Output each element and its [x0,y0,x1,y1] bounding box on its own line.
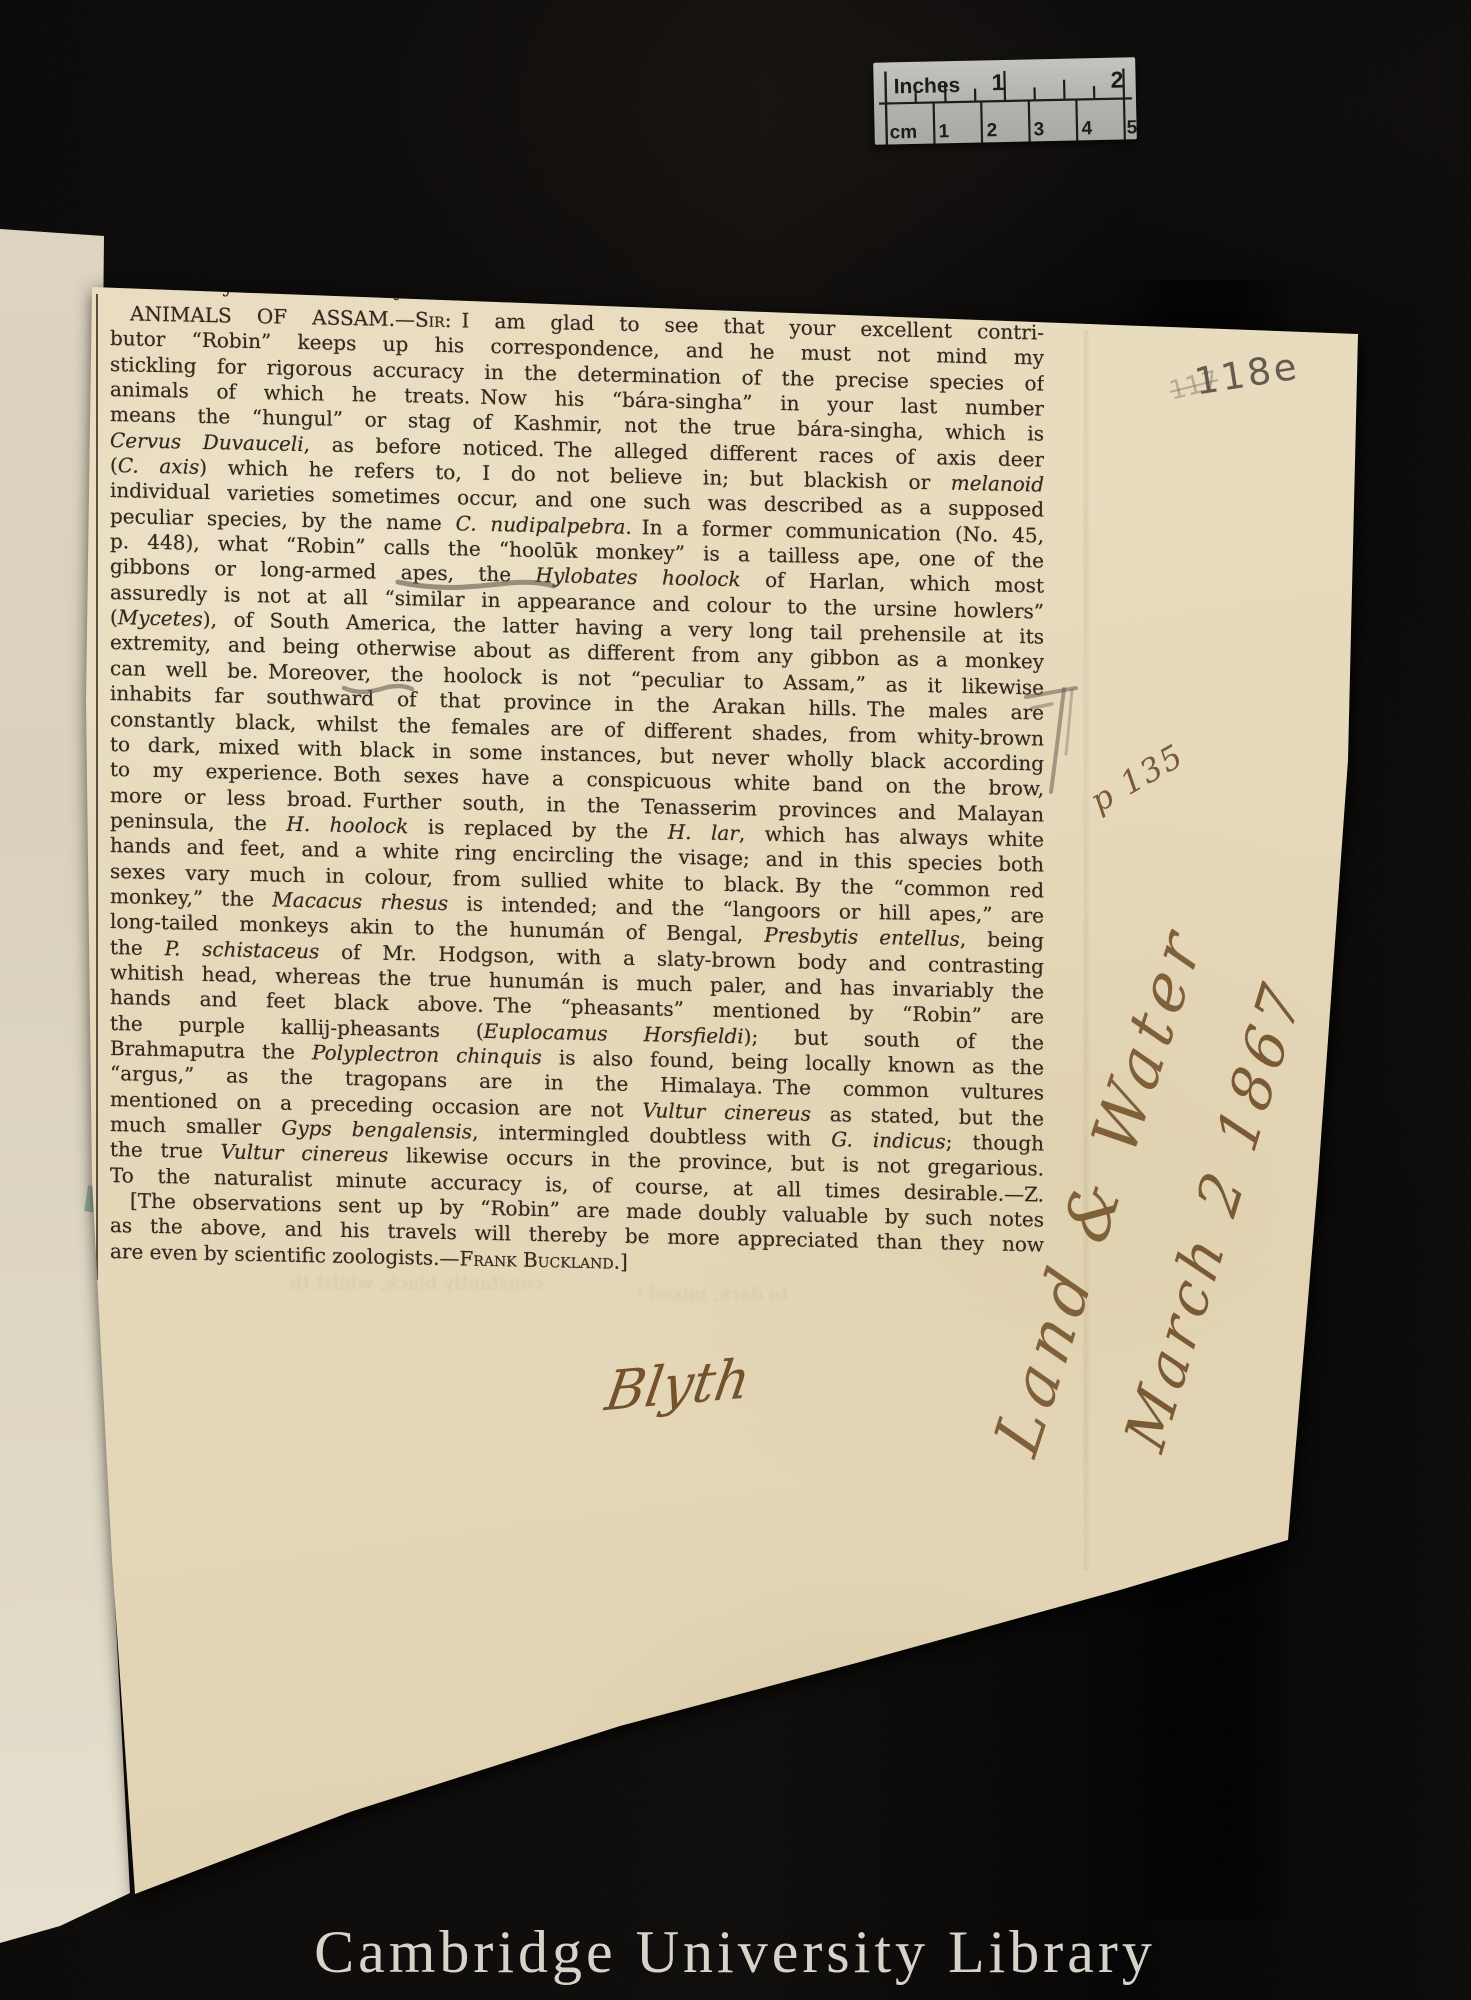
column-rule [96,294,98,1280]
clipping-wrapper: y alters the cry come with ANIMALS OF AS… [0,0,1471,2000]
catalog-number-annotation: 118e [1192,345,1303,404]
ruler-inch-number: 1 [991,69,1005,95]
newspaper-clipping: y alters the cry come with ANIMALS OF AS… [0,0,1471,2000]
ruler-cm-number: 3 [1033,119,1044,140]
ruler-cm-number: 5 [1126,117,1136,138]
show-through-text: to dark, mixed with black in some instan… [638,1283,788,1305]
photo-scene: y alters the cry come with ANIMALS OF AS… [0,0,1471,2000]
ruler-zero-line [885,71,887,144]
article-text: ANIMALS OF ASSAM.—Sir: I am glad to see … [110,301,1044,1284]
ruler-cm-label: cm [889,122,917,144]
cm-ticks [934,99,1125,144]
ruler-cm-number: 1 [938,121,949,142]
paper-crease [1082,330,1090,1570]
ruler-inch-number: 2 [1110,67,1123,93]
measurement-ruler: Inches 1 2 cm 1 2 3 4 5 [873,57,1137,144]
ruler-cm-number: 2 [986,120,997,141]
show-through-text: constantly black, whilst the females are… [288,1272,543,1294]
ruler-inches-label: Inches [893,74,960,98]
annotation-source-page: p 135 [1083,736,1190,820]
ruler-cm-number: 4 [1081,118,1092,139]
library-watermark: Cambridge University Library [314,1918,1156,1987]
blyth-signature: Blyth [601,1347,755,1424]
